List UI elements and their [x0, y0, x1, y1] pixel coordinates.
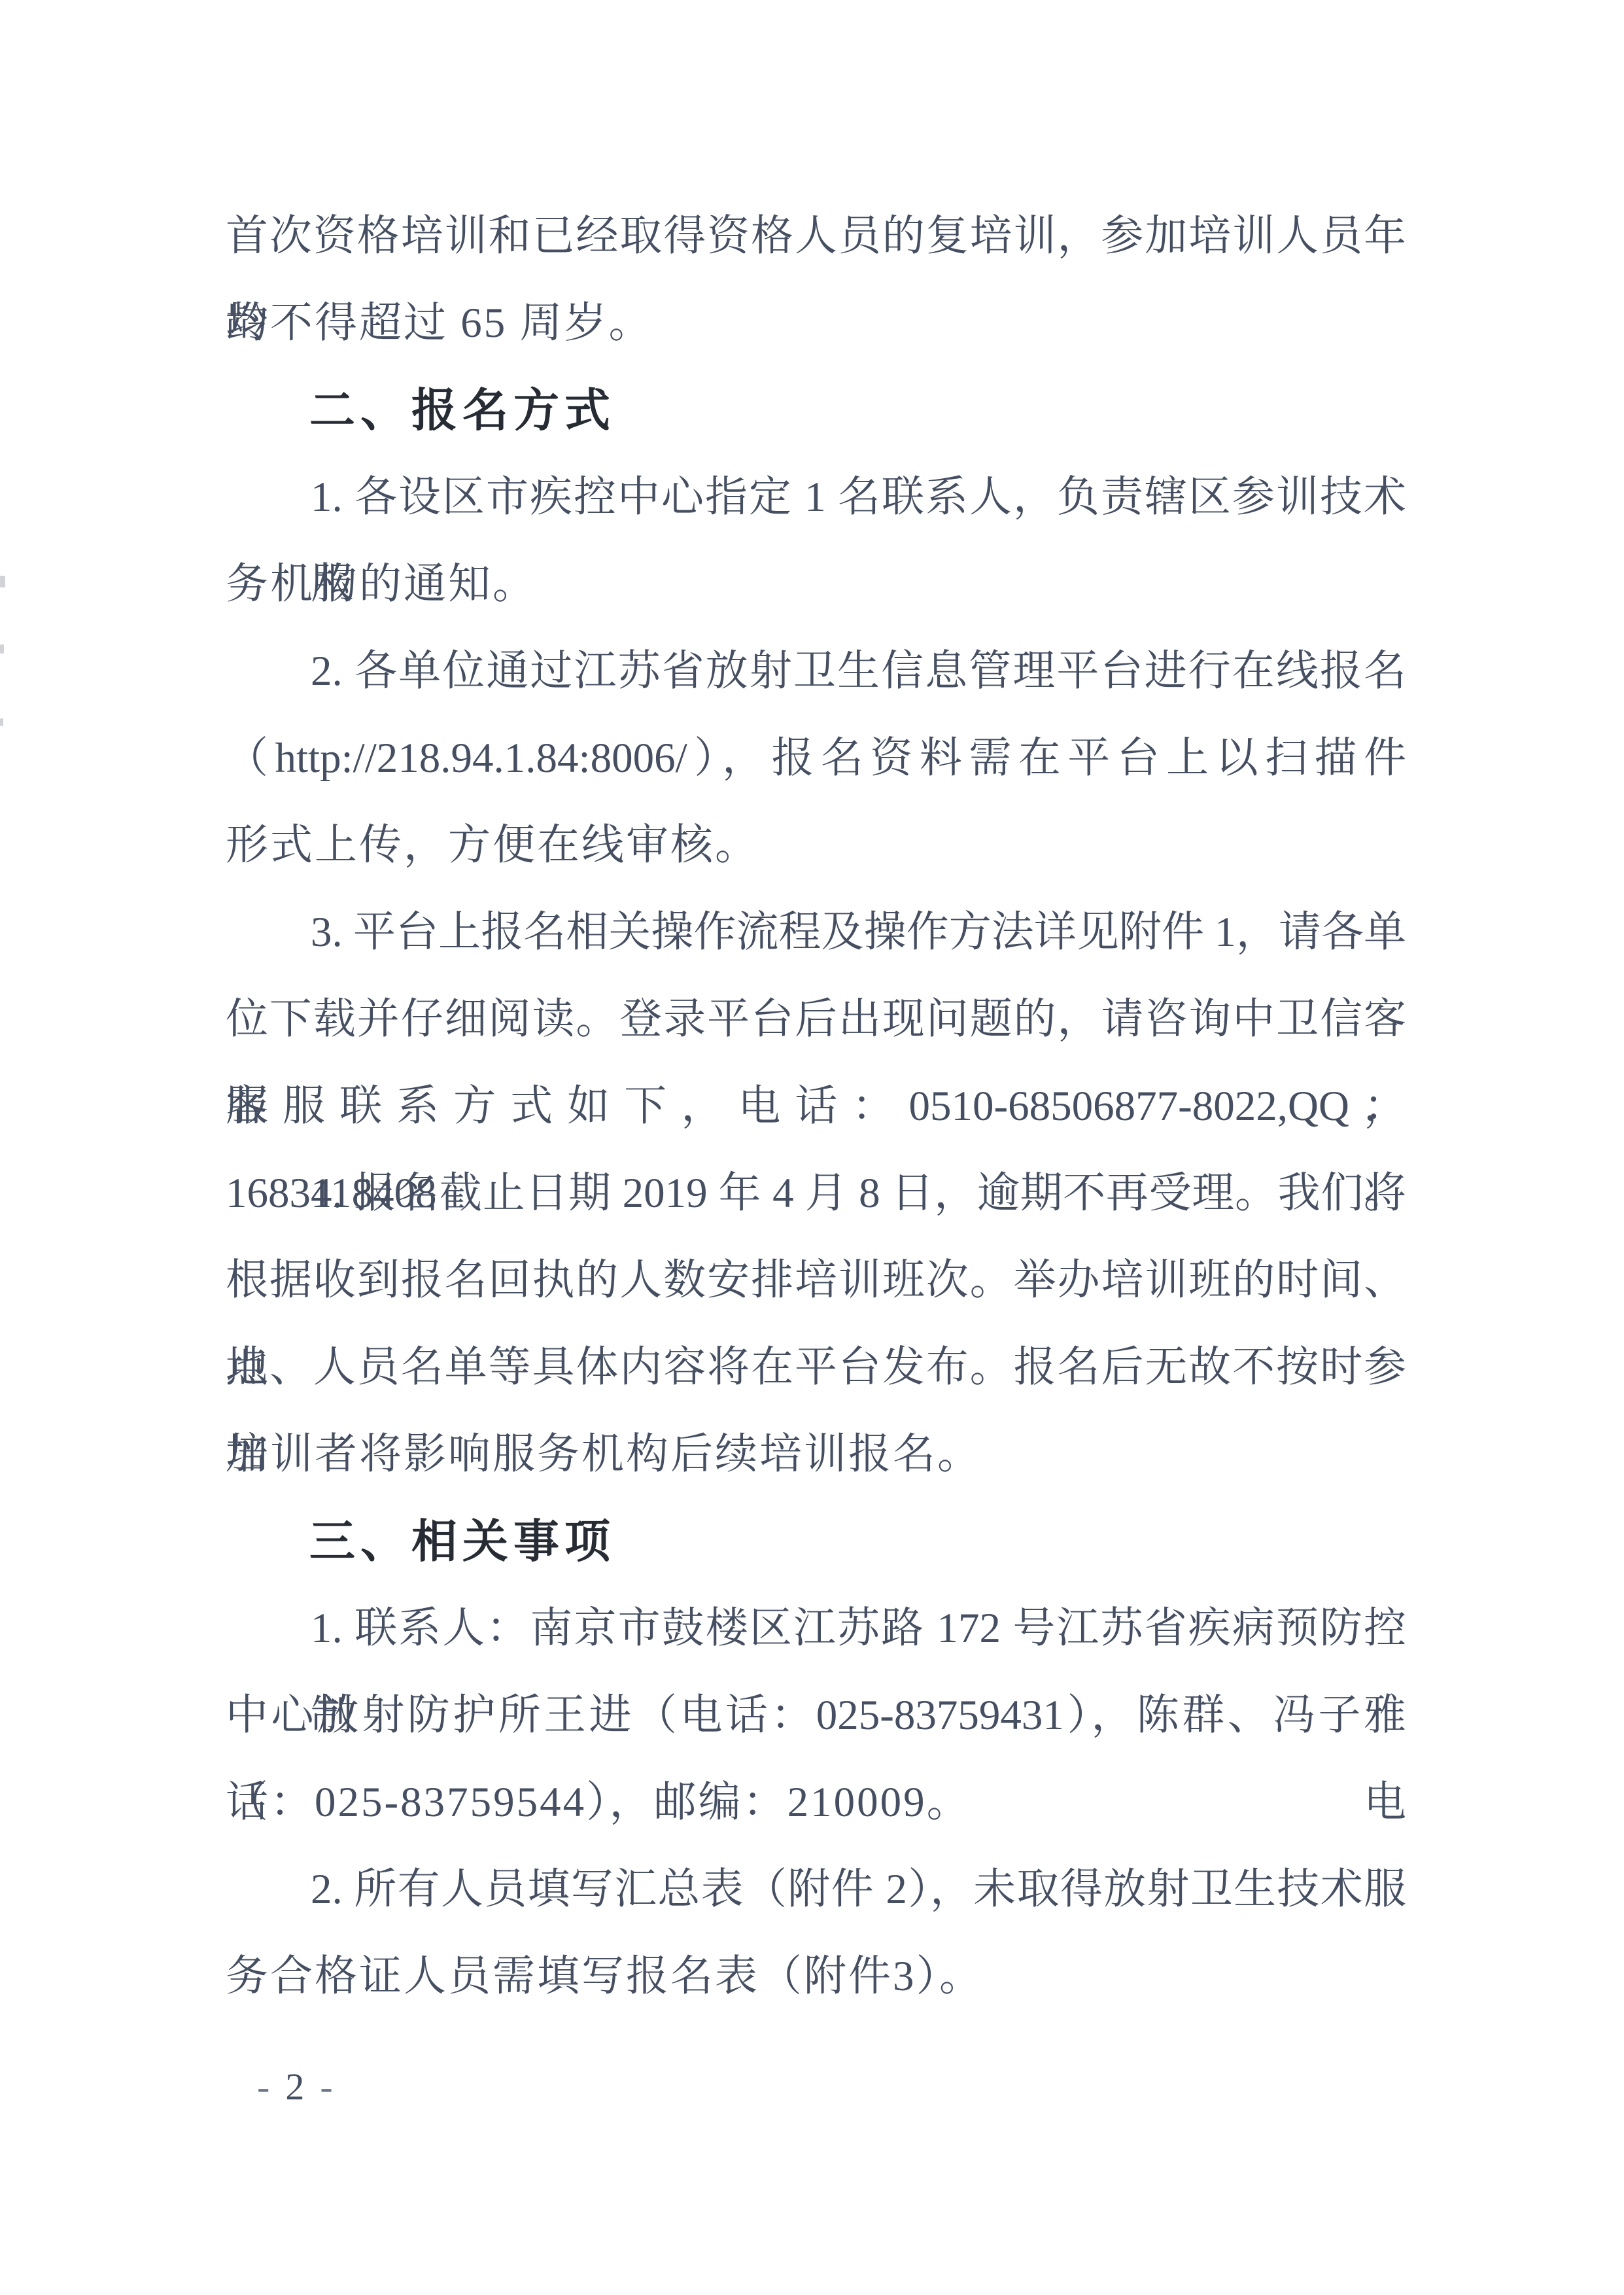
- footer-left-dash: -: [257, 2065, 269, 2108]
- text-line: 务机构的通知。: [226, 541, 1406, 628]
- scan-artifact: [0, 576, 5, 587]
- text-line: 4. 报名截止日期 2019 年 4 月 8 日，逾期不再受理。我们将: [226, 1150, 1406, 1237]
- text-line: （http://218.94.1.84:8006/），报名资料需在平台上以扫描件: [226, 715, 1406, 802]
- scan-artifact: [0, 718, 3, 726]
- footer-right-dash: -: [320, 2065, 332, 2108]
- text-line: 2. 各单位通过江苏省放射卫生信息管理平台进行在线报名: [226, 628, 1406, 715]
- text-line: 培训者将影响服务机构后续培训报名。: [226, 1411, 1406, 1498]
- document-page: 首次资格培训和已经取得资格人员的复培训，参加培训人员年龄 均不得超过 65 周岁…: [0, 0, 1624, 2295]
- text-line: 客服联系方式如下，电话：0510-68506877-8022,QQ：168311…: [226, 1063, 1406, 1150]
- text-line: 首次资格培训和已经取得资格人员的复培训，参加培训人员年龄: [226, 193, 1406, 280]
- document-body: 首次资格培训和已经取得资格人员的复培训，参加培训人员年龄 均不得超过 65 周岁…: [226, 193, 1406, 2020]
- text-line: 务合格证人员需填写报名表（附件3）。: [226, 1933, 1406, 2020]
- text-line: 1. 各设区市疾控中心指定 1 名联系人，负责辖区参训技术服: [226, 454, 1406, 541]
- text-line: 根据收到报名回执的人数安排培训班次。举办培训班的时间、地: [226, 1237, 1406, 1324]
- text-line: 点、人员名单等具体内容将在平台发布。报名后无故不按时参加: [226, 1324, 1406, 1411]
- section-heading: 三、相关事项: [226, 1498, 1406, 1585]
- scan-artifact: [0, 644, 4, 654]
- text-line: 3. 平台上报名相关操作流程及操作方法详见附件 1，请各单: [226, 889, 1406, 976]
- text-line: 2. 所有人员填写汇总表（附件 2），未取得放射卫生技术服: [226, 1846, 1406, 1933]
- text-line: 中心放射防护所王进（电话：025-83759431），陈群、冯子雅（电: [226, 1672, 1406, 1759]
- page-number: -2-: [257, 2064, 333, 2110]
- footer-page-number: 2: [285, 2065, 304, 2108]
- text-line: 位下载并仔细阅读。登录平台后出现问题的，请咨询中卫信客服，: [226, 976, 1406, 1063]
- text-line: 均不得超过 65 周岁。: [226, 280, 1406, 367]
- text-line: 1. 联系人：南京市鼓楼区江苏路 172 号江苏省疾病预防控制: [226, 1585, 1406, 1672]
- text-line: 形式上传，方便在线审核。: [226, 802, 1406, 889]
- section-heading: 二、报名方式: [226, 367, 1406, 454]
